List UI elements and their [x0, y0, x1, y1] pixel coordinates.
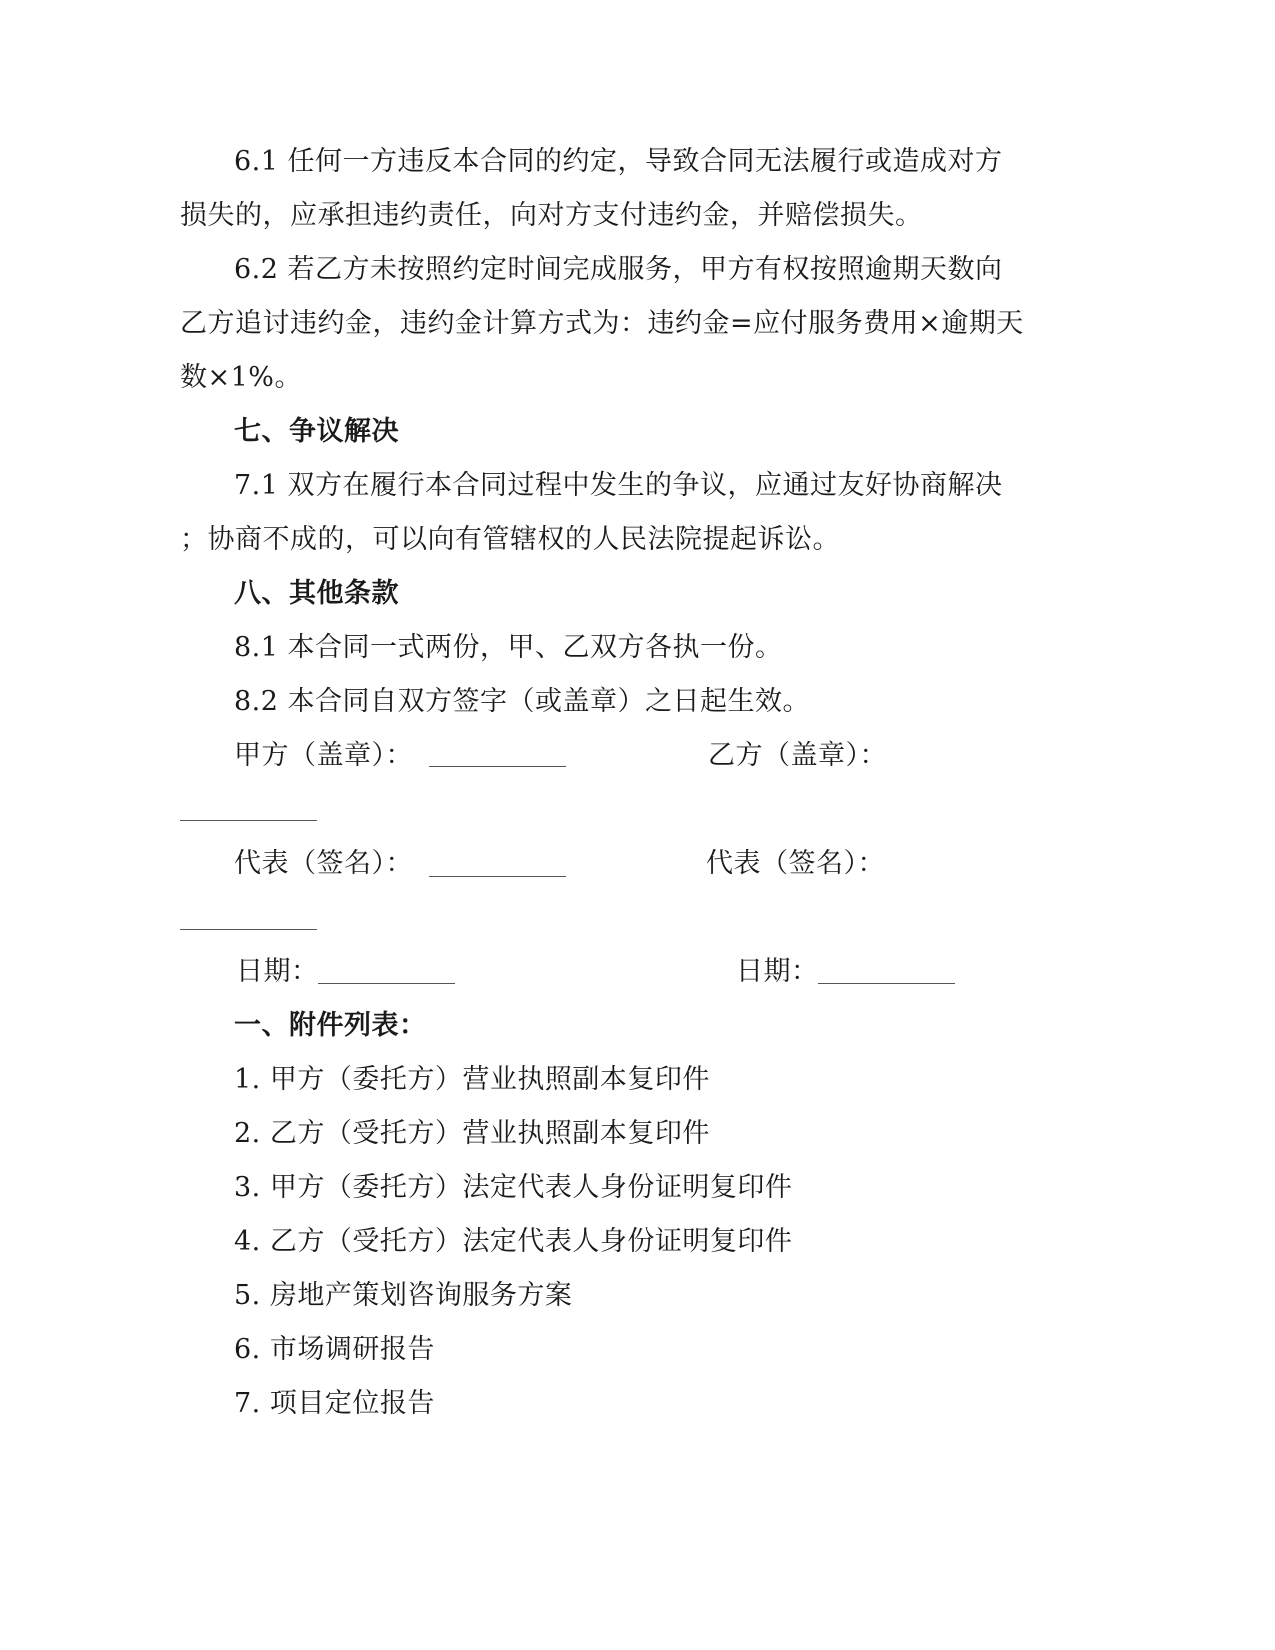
attachment-item: 3. 甲方（委托方）法定代表人身份证明复印件: [234, 1170, 792, 1206]
section-8-heading: 八、其他条款: [234, 576, 399, 612]
party-b-rep-blank: [180, 929, 317, 930]
attachment-item: 5. 房地产策划咨询服务方案: [234, 1278, 572, 1314]
party-b-date-label: 日期：: [736, 954, 819, 990]
party-b-rep-label: 代表（签名）：: [706, 846, 885, 882]
attachment-item: 2. 乙方（受托方）营业执照副本复印件: [234, 1116, 710, 1152]
clause-6-1-line-1: 6.1 任何一方违反本合同的约定，导致合同无法履行或造成对方: [234, 144, 1003, 180]
party-a-date-blank: [318, 983, 455, 984]
clause-6-2-line-2: 乙方追讨违约金，违约金计算方式为：违约金=应付服务费用×逾期天: [180, 306, 1024, 342]
party-a-seal-blank: [429, 766, 566, 767]
party-b-date-blank: [818, 983, 955, 984]
party-b-seal-blank: [180, 820, 317, 821]
attachment-item: 7. 项目定位报告: [234, 1386, 435, 1422]
clause-6-2-line-3: 数×1%。: [180, 360, 302, 396]
attachment-item: 1. 甲方（委托方）营业执照副本复印件: [234, 1062, 710, 1098]
section-7-heading: 七、争议解决: [234, 414, 399, 450]
attachment-item: 6. 市场调研报告: [234, 1332, 435, 1368]
attachments-heading: 一、附件列表：: [234, 1008, 427, 1044]
party-b-seal-label: 乙方（盖章）：: [708, 738, 887, 774]
attachment-item: 4. 乙方（受托方）法定代表人身份证明复印件: [234, 1224, 792, 1260]
clause-7-1-line-2: ；协商不成的，可以向有管辖权的人民法院提起诉讼。: [180, 522, 840, 558]
party-a-date-label: 日期：: [236, 954, 319, 990]
party-a-seal-label: 甲方（盖章）：: [234, 738, 413, 774]
clause-8-1: 8.1 本合同一式两份，甲、乙双方各执一份。: [234, 630, 783, 666]
party-a-rep-blank: [429, 876, 566, 877]
party-a-rep-label: 代表（签名）：: [234, 846, 413, 882]
clause-7-1-line-1: 7.1 双方在履行本合同过程中发生的争议，应通过友好协商解决: [234, 468, 1003, 504]
clause-6-1-line-2: 损失的，应承担违约责任，向对方支付违约金，并赔偿损失。: [180, 198, 923, 234]
clause-6-2-line-1: 6.2 若乙方未按照约定时间完成服务，甲方有权按照逾期天数向: [234, 252, 1003, 288]
clause-8-2: 8.2 本合同自双方签字（或盖章）之日起生效。: [234, 684, 810, 720]
